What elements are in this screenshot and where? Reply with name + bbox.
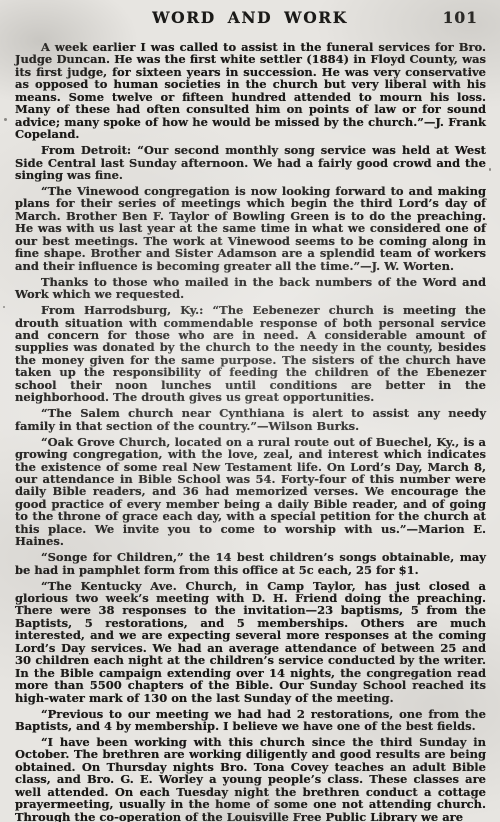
page-number: 101 xyxy=(443,8,478,27)
paragraph: “I have been working with this church si… xyxy=(15,736,486,822)
paragraph: “Oak Grove Church, located on a rural ro… xyxy=(15,436,486,548)
article-body: A week earlier I was called to assist in… xyxy=(0,34,500,822)
paragraph: “The Vinewood congregation is now lookin… xyxy=(15,185,486,272)
paragraph: A week earlier I was called to assist in… xyxy=(15,41,486,141)
paragraph: From Detroit: “Our second monthly song s… xyxy=(15,144,486,181)
paragraph: “The Kentucky Ave. Church, in Camp Taylo… xyxy=(15,580,486,705)
paragraph: “Songe for Children,” the 14 best childr… xyxy=(15,551,486,576)
magazine-page: WORD AND WORK 101 A week earlier I was c… xyxy=(0,0,500,822)
paragraph: “The Salem church near Cynthiana is aler… xyxy=(15,407,486,432)
page-title: WORD AND WORK xyxy=(0,8,500,27)
paragraph: From Harrodsburg, Ky.: “The Eebenezer ch… xyxy=(15,304,486,404)
page-header: WORD AND WORK 101 xyxy=(0,0,500,34)
paragraph: “Previous to our meeting we had had 2 re… xyxy=(15,708,486,733)
paragraph: Thanks to those who mailed in the back n… xyxy=(15,276,486,301)
